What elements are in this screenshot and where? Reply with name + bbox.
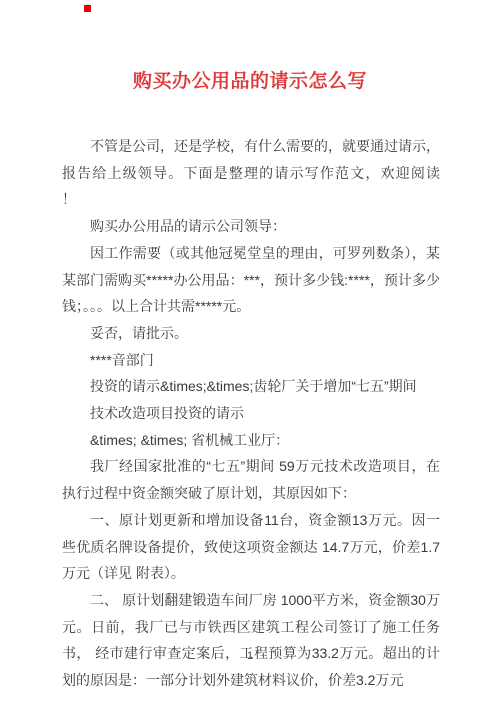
- paragraph: 因工作需要（或其他冠冕堂皇的理由，可罗列数条），某某部门需购买*****办公用品…: [62, 240, 440, 320]
- paragraph: 投资的请示&times;&times;齿轮厂关于增加“七五”期间: [62, 373, 440, 400]
- paragraph: ****音部门: [62, 347, 440, 374]
- page-title: 购买办公用品的请示怎么写: [0, 69, 500, 95]
- paragraph: 购买办公用品的请示公司领导：: [62, 213, 440, 240]
- document-body: 不管是公司，还是学校，有什么需要的，就要通过请示，报告给上级领导。下面是整理的请…: [62, 133, 440, 694]
- paragraph: 一、原计划更新和增加设备11台，资金额13万元。因一些优质名牌设备提价，致使这项…: [62, 507, 440, 587]
- red-marker-icon: [84, 5, 91, 12]
- page-number: 1: [0, 650, 500, 662]
- paragraph: &times; &times; 省机械工业厅：: [62, 427, 440, 454]
- paragraph: 不管是公司，还是学校，有什么需要的，就要通过请示，报告给上级领导。下面是整理的请…: [62, 133, 440, 213]
- paragraph: 技术改造项目投资的请示: [62, 400, 440, 427]
- paragraph: 妥否，请批示。: [62, 320, 440, 347]
- paragraph: 我厂经国家批准的“七五”期间 59万元技术改造项目，在执行过程中资金额突破了原计…: [62, 453, 440, 506]
- paragraph: 二、 原计划翻建锻造车间厂房 1000平方米，资金额30万元。日前，我厂已与市铁…: [62, 587, 440, 694]
- document-page: 购买办公用品的请示怎么写 不管是公司，还是学校，有什么需要的，就要通过请示，报告…: [0, 0, 500, 708]
